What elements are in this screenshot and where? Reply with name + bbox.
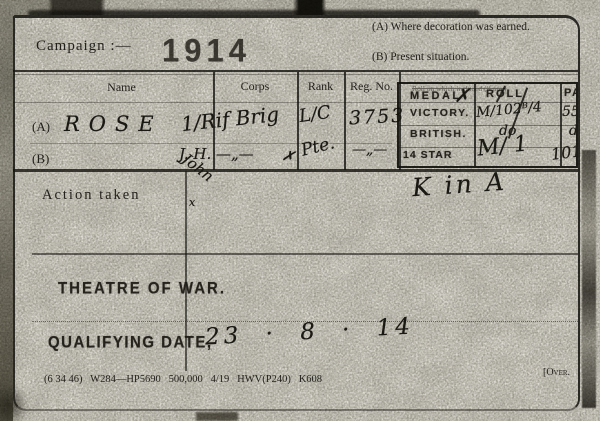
medal-14star: 14 STAR [403, 149, 452, 161]
table-top-rule-2 [13, 74, 578, 75]
note-a: (A) Where decoration was earned. [372, 21, 530, 33]
qualifying-date-stamp: QUALIFYING DATE, [48, 333, 213, 352]
box-divider-medal-roll [474, 84, 476, 168]
box-row-rule-2 [399, 125, 578, 126]
campaign-year-stamp: 1914 [162, 32, 251, 70]
annotation-x-mark: x [189, 196, 195, 209]
scan-right-edge-streak [582, 150, 596, 408]
col-header-page: PAGE [564, 87, 578, 99]
theatre-of-war-stamp: THEATRE OF WAR. [58, 279, 226, 298]
row-b-label: (B) [32, 151, 49, 167]
row-a-surname: ROSE [64, 112, 163, 136]
page-14star: 101 [550, 141, 578, 164]
scan-bottom-left-blot [0, 383, 28, 421]
header-underline [13, 102, 399, 103]
medal-british: BRITISH. [410, 128, 467, 140]
action-taken-label: Action taken [42, 187, 141, 204]
page-victory: 555 [562, 104, 578, 120]
note-b: (B) Present situation. [372, 51, 469, 63]
mid-horizontal-rule [32, 253, 578, 255]
medal-victory: VICTORY. [410, 107, 470, 119]
header-reg-no: Reg. No. [344, 79, 399, 94]
header-name: Name [30, 80, 213, 95]
header-rank: Rank [297, 79, 344, 94]
row-divider [30, 143, 392, 144]
row-a-rank: L/C [298, 102, 332, 127]
table-top-rule [13, 70, 578, 72]
row-b-reg-no: —„— [352, 142, 387, 158]
col-header-roll: ROLL [486, 88, 524, 100]
row-a-label: (A) [32, 119, 50, 135]
scan-left-edge [0, 0, 13, 421]
form-print-code: (6 34 46) W284—HP5690 500,000 4/19 HWV(P… [44, 374, 322, 385]
campaign-label: Campaign :— [36, 38, 132, 55]
scan-bottom-blot [196, 412, 238, 421]
medal-index-card-scan: Campaign :— 1914 (A) Where decoration wa… [0, 0, 600, 421]
roll-14star: M/ 1 [476, 131, 529, 161]
page-british: do [569, 123, 578, 139]
header-corps: Corps [213, 79, 297, 94]
medal-roll-page-box: Roll on which included (if any) MEDAL ✗ … [397, 82, 578, 168]
over-note: [Over. [543, 367, 570, 378]
medal-x-mark: ✗ [454, 85, 470, 107]
